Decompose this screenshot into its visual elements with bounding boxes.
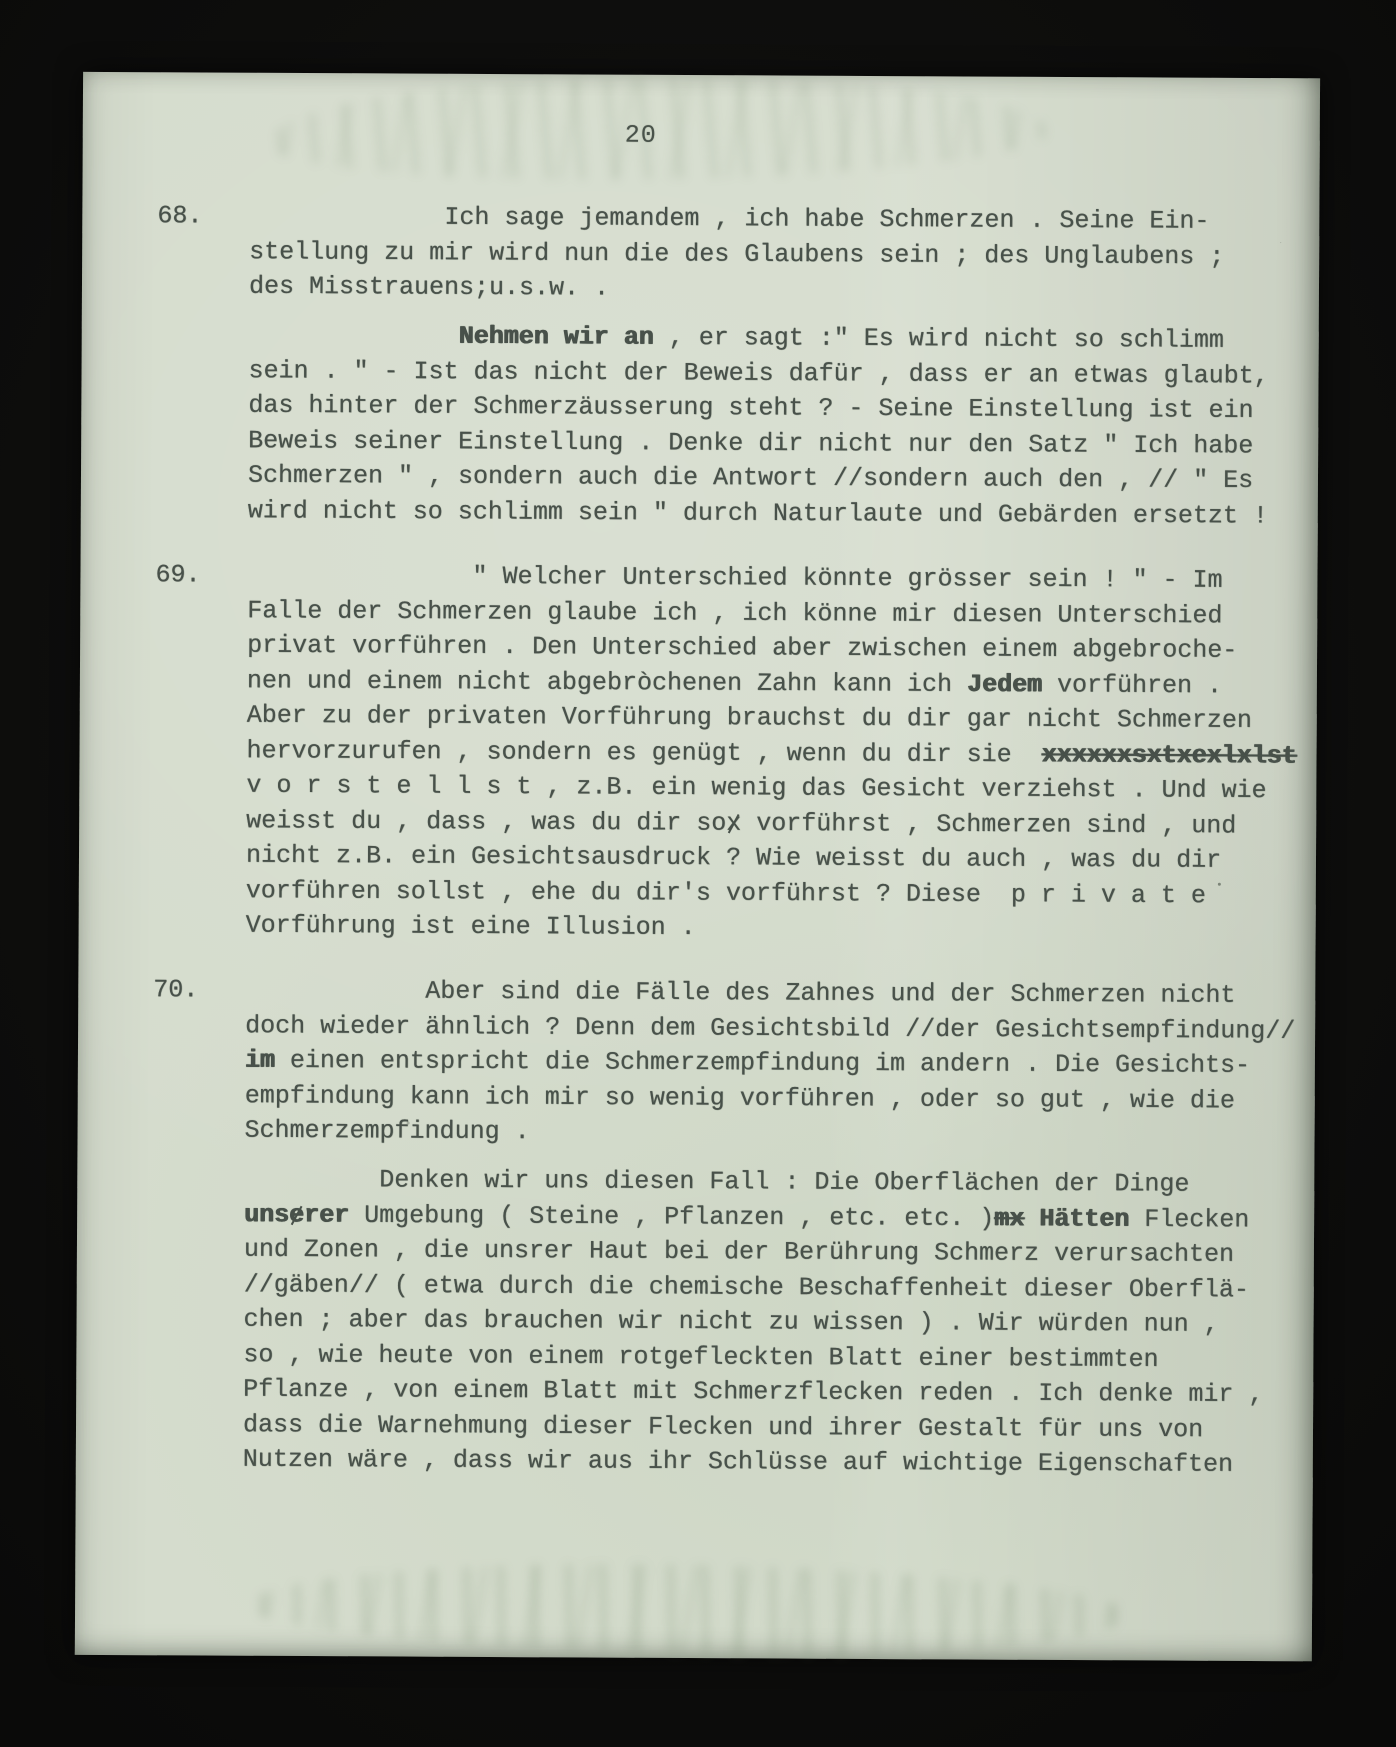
typed-line: und Zonen , die unsrer Haut bei der Berü… bbox=[244, 1232, 1320, 1273]
text-run: stellung zu mir wird nun die des Glauben… bbox=[249, 237, 1224, 271]
paragraph: Ich sage jemandem , ich habe Schmerzen .… bbox=[249, 199, 1326, 310]
typed-line: vorführen sollst , ehe du dir's vorführs… bbox=[246, 873, 1322, 914]
typed-line: v o r s t e l l s t , z.B. ein wenig das… bbox=[246, 768, 1322, 809]
typed-line: empfindung kann ich mir so wenig vorführ… bbox=[245, 1078, 1321, 1119]
text-run: Denken wir uns diesen Fall : Die Oberflä… bbox=[379, 1165, 1189, 1198]
text-run: Nutzen wäre , dass wir aus ihr Schlüsse … bbox=[243, 1445, 1233, 1479]
text-run: Jedem bbox=[967, 670, 1042, 699]
typed-line: stellung zu mir wird nun die des Glauben… bbox=[249, 234, 1325, 275]
typed-line: dass die Warnehmung dieser Flecken und i… bbox=[243, 1407, 1319, 1448]
typed-line: das hinter der Schmerzäusserung steht ? … bbox=[248, 388, 1324, 429]
text-run: Nehmen wir an bbox=[459, 322, 654, 352]
text-run: x bbox=[726, 806, 741, 841]
typescript-body: 68.Ich sage jemandem , ich habe Schmerze… bbox=[243, 199, 1326, 1483]
text-run: weisst du , dass , was du dir so bbox=[246, 806, 726, 838]
text-run: Beweis seiner Einstellung . Denke dir ni… bbox=[248, 426, 1253, 460]
typed-line: Schmerzen " , sondern auch die Antwort /… bbox=[248, 458, 1324, 499]
text-run: Pflanze , von einem Blatt mit Schmerzfle… bbox=[243, 1375, 1263, 1409]
text-run: //gäben// ( etwa durch die chemische Bes… bbox=[244, 1270, 1249, 1304]
typed-line: Nutzen wäre , dass wir aus ihr Schlüsse … bbox=[243, 1442, 1319, 1483]
section-number: 68. bbox=[157, 198, 202, 233]
typed-line: nicht z.B. ein Gesichtsausdruck ? Wie we… bbox=[246, 838, 1322, 879]
text-run: v o r s t e l l s t , z.B. ein wenig das… bbox=[246, 771, 1266, 805]
text-run: und Zonen , die unsrer Haut bei der Berü… bbox=[244, 1235, 1234, 1269]
text-run: Schmerzempfindung . bbox=[244, 1116, 529, 1146]
typed-line: hervorzurufen , sondern es genügt , wenn… bbox=[246, 733, 1322, 774]
typed-line: Nehmen wir an , er sagt :" Es wird nicht… bbox=[249, 318, 1325, 359]
text-run: privat vorführen . Den Unterschied aber … bbox=[247, 631, 1237, 665]
section: 69." Welcher Unterschied könnte grösser … bbox=[246, 558, 1324, 949]
text-run: empfindung kann ich mir so wenig vorführ… bbox=[245, 1081, 1235, 1115]
text-run: Umgebung ( Steine , Pflanzen , etc. etc.… bbox=[349, 1201, 994, 1233]
text-run: des Misstrauens;u.s.w. . bbox=[249, 272, 609, 303]
text-run: das hinter der Schmerzäusserung steht ? … bbox=[248, 391, 1253, 425]
text-run: rer bbox=[304, 1201, 349, 1230]
text-run: chen ; aber das brauchen wir nicht zu wi… bbox=[244, 1305, 1219, 1339]
bleed-through-top bbox=[267, 71, 1049, 185]
typed-line: chen ; aber das brauchen wir nicht zu wi… bbox=[243, 1302, 1319, 1343]
typed-line: Ich sage jemandem , ich habe Schmerzen .… bbox=[249, 199, 1325, 240]
text-run: Aber sind die Fälle des Zahnes und der S… bbox=[425, 977, 1235, 1010]
text-run: , er sagt :" Es wird nicht so schlimm bbox=[654, 323, 1224, 355]
text-run: Schmerzen " , sondern auch die Antwort /… bbox=[248, 461, 1253, 495]
typed-line: im einen entspricht die Schmerzempfindun… bbox=[245, 1043, 1321, 1084]
text-run: vorführst , Schmerzen sind , und bbox=[741, 809, 1236, 841]
text-run: Hätten bbox=[1039, 1204, 1129, 1233]
text-run: vorführen sollst , ehe du dir's vorführs… bbox=[246, 876, 1206, 910]
text-run: Vorführung ist eine Illusion . bbox=[246, 911, 696, 942]
text-run: mx bbox=[994, 1204, 1024, 1233]
text-run: Aber zu der privaten Vorführung brauchst… bbox=[247, 701, 1252, 735]
typed-line: doch wieder ähnlich ? Denn dem Gesichtsb… bbox=[245, 1008, 1321, 1049]
text-run: Flecken bbox=[1129, 1205, 1249, 1235]
typed-line: unserer Umgebung ( Steine , Pflanzen , e… bbox=[244, 1197, 1320, 1238]
text-run: einen entspricht die Schmerzempfindung i… bbox=[275, 1046, 1250, 1080]
bleed-through-bottom bbox=[246, 1557, 1128, 1664]
scan-background: 20 68.Ich sage jemandem , ich habe Schme… bbox=[0, 0, 1396, 1747]
text-run: doch wieder ähnlich ? Denn dem Gesichtsb… bbox=[245, 1011, 1295, 1045]
paragraph: Aber sind die Fälle des Zahnes und der S… bbox=[244, 973, 1321, 1154]
typed-line: Vorführung ist eine Illusion . bbox=[246, 908, 1322, 949]
typed-line: //gäben// ( etwa durch die chemische Bes… bbox=[244, 1267, 1320, 1308]
typed-line: Pflanze , von einem Blatt mit Schmerzfle… bbox=[243, 1372, 1319, 1413]
paragraph: Denken wir uns diesen Fall : Die Oberflä… bbox=[243, 1162, 1321, 1483]
typed-line: wird nicht so schlimm sein " durch Natur… bbox=[248, 493, 1324, 534]
text-run: xxxxxxsxtxexlxlst bbox=[1042, 740, 1297, 770]
paper-sheet: 20 68.Ich sage jemandem , ich habe Schme… bbox=[75, 72, 1320, 1661]
typed-line: nen und einem nicht abgebròchenen Zahn k… bbox=[247, 663, 1323, 704]
typed-line: weisst du , dass , was du dir sox vorfüh… bbox=[246, 803, 1322, 844]
typed-line: so , wie heute von einem rotgefleckten B… bbox=[243, 1337, 1319, 1378]
typed-line: privat vorführen . Den Unterschied aber … bbox=[247, 628, 1323, 669]
typed-line: Schmerzempfindung . bbox=[244, 1113, 1320, 1154]
text-run: im bbox=[245, 1046, 275, 1075]
typed-line: Denken wir uns diesen Fall : Die Oberflä… bbox=[244, 1162, 1320, 1203]
section-number: 70. bbox=[153, 972, 198, 1007]
text-run: hervorzurufen , sondern es genügt , wenn… bbox=[246, 736, 1041, 769]
text-run: wird nicht so schlimm sein " durch Natur… bbox=[248, 496, 1268, 530]
text-run: uns bbox=[244, 1200, 289, 1229]
text-run: sein . " - Ist das nicht der Beweis dafü… bbox=[248, 356, 1268, 390]
section: 68.Ich sage jemandem , ich habe Schmerze… bbox=[248, 199, 1326, 534]
text-run: vorführen . bbox=[1042, 670, 1222, 700]
typed-line: des Misstrauens;u.s.w. . bbox=[249, 269, 1325, 310]
typed-line: Aber zu der privaten Vorführung brauchst… bbox=[247, 698, 1323, 739]
text-run: so , wie heute von einem rotgefleckten B… bbox=[243, 1340, 1158, 1374]
text-run bbox=[1024, 1204, 1039, 1233]
typed-line: Falle der Schmerzen glaube ich , ich kön… bbox=[247, 593, 1323, 634]
typed-line: Aber sind die Fälle des Zahnes und der S… bbox=[245, 973, 1321, 1014]
section: 70.Aber sind die Fälle des Zahnes und de… bbox=[243, 973, 1322, 1483]
text-run: e bbox=[289, 1197, 304, 1232]
section-number: 69. bbox=[155, 557, 200, 592]
text-run: nen und einem nicht abgebròchenen Zahn k… bbox=[247, 666, 967, 699]
paragraph: Nehmen wir an , er sagt :" Es wird nicht… bbox=[248, 318, 1325, 534]
typed-line: " Welcher Unterschied könnte grösser sei… bbox=[247, 558, 1323, 599]
page-number: 20 bbox=[625, 121, 657, 150]
typed-line: Beweis seiner Einstellung . Denke dir ni… bbox=[248, 423, 1324, 464]
text-run: " Welcher Unterschied könnte grösser sei… bbox=[472, 562, 1222, 595]
typed-line: sein . " - Ist das nicht der Beweis dafü… bbox=[248, 353, 1324, 394]
text-run: Falle der Schmerzen glaube ich , ich kön… bbox=[247, 596, 1222, 630]
text-run: Ich sage jemandem , ich habe Schmerzen .… bbox=[444, 203, 1209, 236]
text-run: dass die Warnehmung dieser Flecken und i… bbox=[243, 1410, 1203, 1444]
paragraph: " Welcher Unterschied könnte grösser sei… bbox=[246, 558, 1324, 949]
text-run: nicht z.B. ein Gesichtsausdruck ? Wie we… bbox=[246, 841, 1221, 875]
